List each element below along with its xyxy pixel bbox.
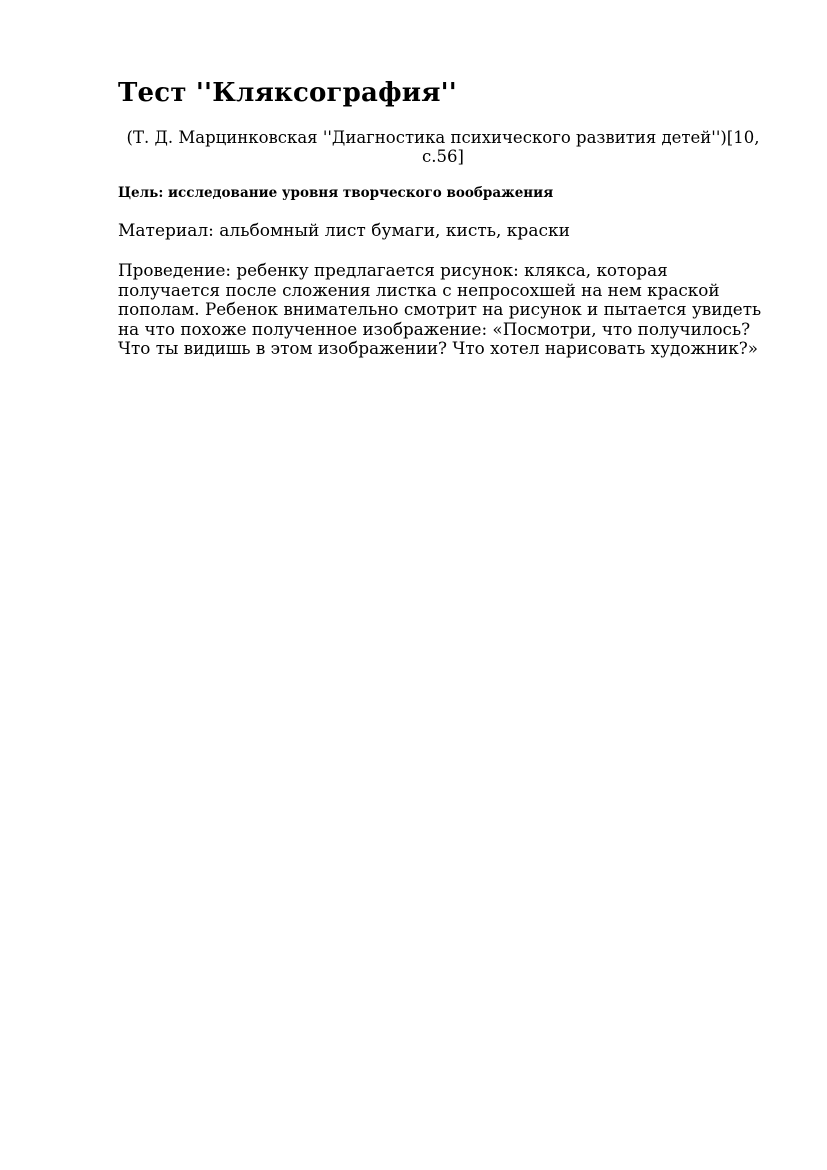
- goal-statement: Цель: исследование уровня творческого во…: [118, 185, 553, 201]
- procedure-paragraph: Проведение: ребенку предлагается рисунок…: [118, 261, 768, 359]
- material-statement: Материал: альбомный лист бумаги, кисть, …: [118, 221, 570, 241]
- document-title: Тест ''Кляксография'': [118, 78, 457, 108]
- source-citation: (Т. Д. Марцинковская ''Диагностика психи…: [118, 128, 768, 166]
